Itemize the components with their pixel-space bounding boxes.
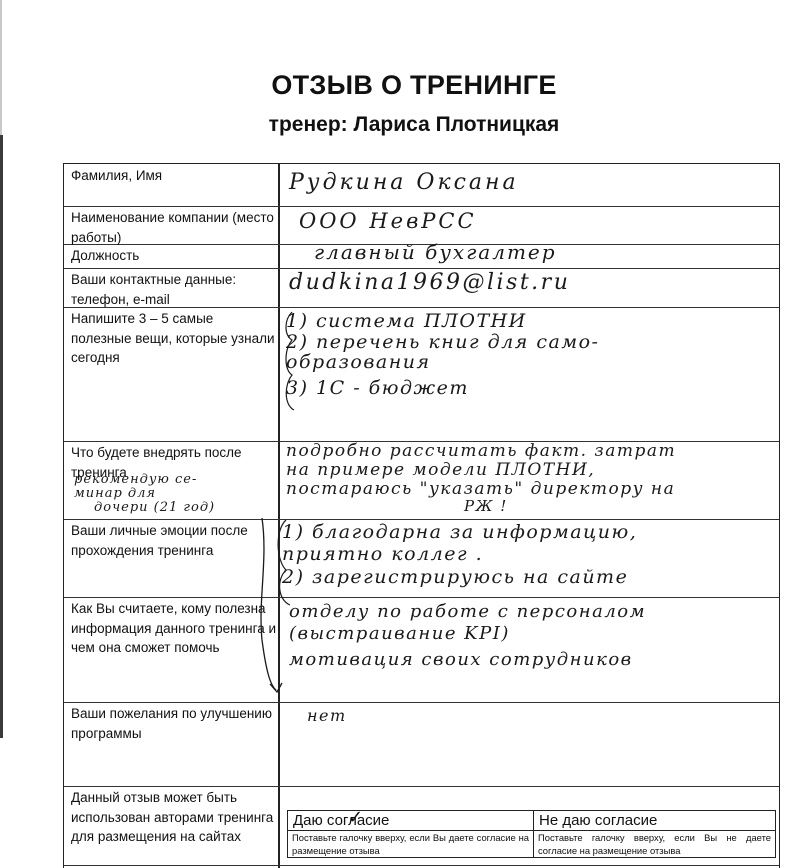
margin-note-1: рекомендую се- (74, 472, 197, 487)
row-full-name: Фамилия, Имя Рудкина Оксана (64, 164, 779, 207)
consent-agree-cell[interactable]: Даю согласие Поставьте галочку вверху, е… (288, 811, 534, 857)
answer-benefits-3[interactable]: мотивация своих сотрудников (289, 649, 633, 670)
label-useful-things: Напишите 3 – 5 самые полезные вещи, кото… (71, 309, 276, 368)
answer-position[interactable]: главный бухгалтер (314, 240, 557, 264)
answer-implement-4[interactable]: РЖ ! (464, 497, 508, 515)
label-consent: Данный отзыв может быть использован авто… (71, 788, 276, 847)
consent-separator (534, 830, 775, 831)
answer-implement-3[interactable]: постараюсь "указать" директору на (286, 479, 675, 499)
answer-implement-2[interactable]: на примере модели ПЛОТНИ, (286, 460, 595, 480)
answer-useful-1[interactable]: 1) система ПЛОТНИ (286, 310, 527, 332)
consent-disagree-label: Не даю согласие (539, 812, 657, 829)
consent-disagree-cell[interactable]: Не даю согласие Поставьте галочку вверху… (534, 811, 775, 857)
label-company: Наименование компании (место работы) (71, 208, 276, 247)
row-contacts: Ваши контактные данные: телефон, e-mail … (64, 268, 779, 308)
row-useful-things: Напишите 3 – 5 самые полезные вещи, кото… (64, 307, 779, 442)
consent-disagree-hint: Поставьте галочку вверху, если Вы не дае… (538, 832, 771, 857)
answer-emotions-3[interactable]: 2) зарегистрируюсь на сайте (282, 566, 628, 588)
answer-useful-2b[interactable]: образования (286, 351, 431, 373)
answer-contacts[interactable]: dudkina1969@list.ru (289, 270, 570, 295)
label-position: Должность (71, 246, 276, 266)
answer-useful-3[interactable]: 3) 1С - бюджет (286, 377, 469, 399)
row-position: Должность главный бухгалтер (64, 244, 779, 269)
answer-benefits-1[interactable]: отделу по работе с персоналом (289, 601, 646, 622)
answer-full-name[interactable]: Рудкина Оксана (289, 170, 519, 195)
label-emotions: Ваши личные эмоции после прохождения тре… (71, 521, 276, 560)
row-implement: Что будете внедрять после тренинга реком… (64, 441, 779, 520)
margin-note-2: минар для (74, 486, 156, 501)
trainer-subtitle: тренер: Лариса Плотницкая (0, 113, 800, 137)
consent-agree-hint: Поставьте галочку вверху, если Вы даете … (292, 832, 529, 857)
document-title: ОТЗЫВ О ТРЕНИНГЕ (0, 70, 800, 101)
row-who-benefits: Как Вы считаете, кому полезна информация… (64, 597, 779, 703)
answer-useful-2[interactable]: 2) перечень книг для само- (286, 331, 599, 353)
row-emotions: Ваши личные эмоции после прохождения тре… (64, 519, 779, 598)
scan-edge-dark (0, 135, 3, 738)
answer-company[interactable]: ООО НевРСС (299, 209, 477, 233)
margin-note-3: дочери (21 год) (94, 500, 215, 515)
answer-emotions-2[interactable]: приятно коллег . (282, 543, 483, 565)
label-wishes: Ваши пожелания по улучшению программы (71, 704, 276, 743)
answer-wishes[interactable]: нет (307, 706, 347, 725)
answer-implement-1[interactable]: подробно рассчитать факт. затрат (286, 441, 676, 461)
label-who-benefits: Как Вы считаете, кому полезна информация… (71, 599, 276, 658)
feedback-form-table: Фамилия, Имя Рудкина Оксана Наименование… (63, 163, 780, 868)
answer-benefits-2[interactable]: (выстраивание KPI) (289, 623, 510, 644)
consent-agree-label: Даю согласие (293, 812, 389, 829)
label-full-name: Фамилия, Имя (71, 166, 276, 186)
consent-separator (288, 830, 533, 831)
checkmark-icon: ✓ (348, 807, 363, 828)
row-wishes: Ваши пожелания по улучшению программы не… (64, 702, 779, 787)
answer-emotions-1[interactable]: 1) благодарна за информацию, (282, 521, 637, 543)
label-contacts: Ваши контактные данные: телефон, e-mail (71, 270, 276, 309)
